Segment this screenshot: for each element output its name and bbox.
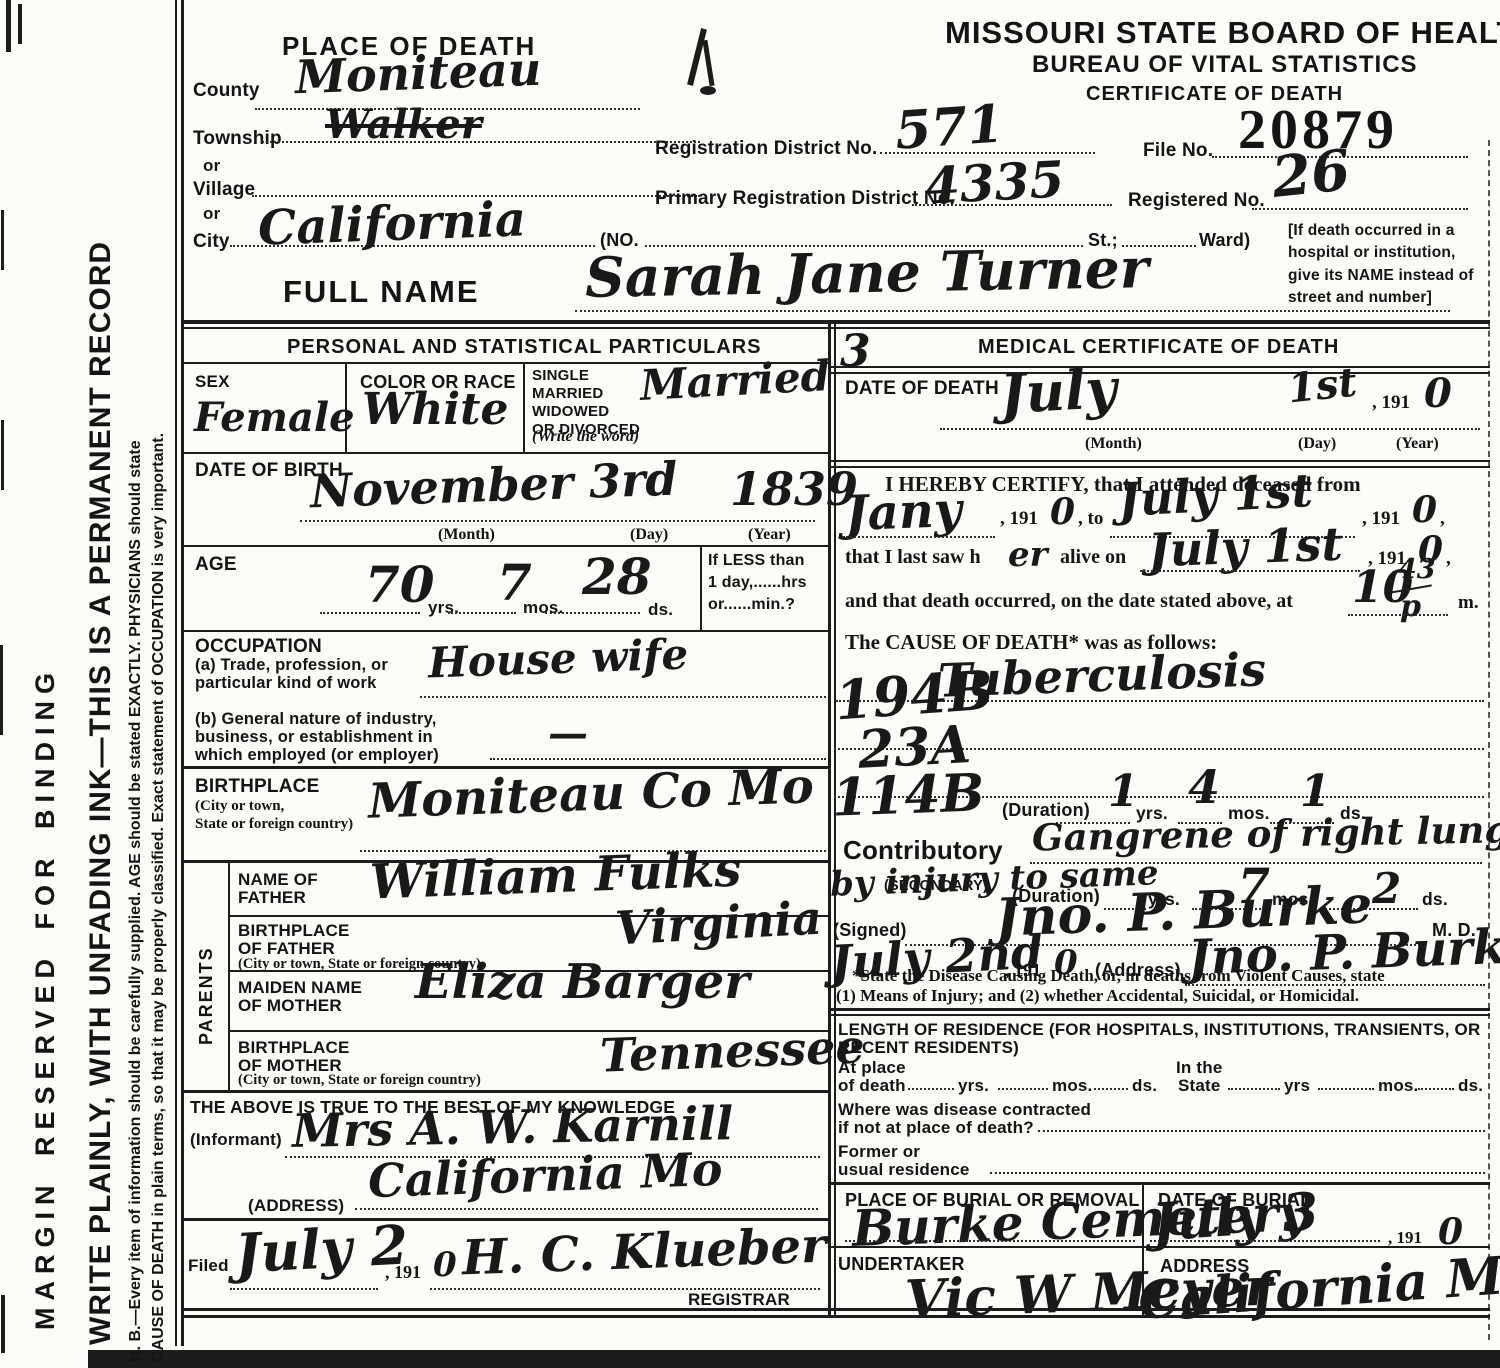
age-years-value: 70 xyxy=(365,560,435,610)
city-value: California xyxy=(257,195,526,252)
marital-hint: (Write the word) xyxy=(532,428,639,446)
cell-divider xyxy=(700,545,702,630)
contributory-value-line1: Gangrene of right lung caused xyxy=(1032,808,1500,856)
age-line xyxy=(545,612,640,614)
in-state-label: State xyxy=(1178,1076,1221,1095)
year-caption: (Year) xyxy=(748,526,791,544)
date-of-death-year-print: , 191 xyxy=(1372,392,1410,414)
attended-to-value: July 1st xyxy=(1117,467,1314,523)
form-left-border xyxy=(181,0,184,1346)
duration2-days: 2 xyxy=(1372,868,1401,910)
informant-address-label: (ADDRESS) xyxy=(248,1196,344,1215)
scan-artifact xyxy=(1,1295,5,1353)
parents-label: PARENTS xyxy=(196,915,217,1045)
dob-line xyxy=(300,520,815,522)
date-of-death-line xyxy=(940,428,1480,430)
township-value-struck: Walker xyxy=(325,105,482,145)
ifless-text: or......min.? xyxy=(708,596,795,614)
divider xyxy=(183,545,828,547)
filed-label: Filed xyxy=(188,1256,229,1275)
burial-date-line xyxy=(1150,1240,1380,1242)
year-caption: (Year) xyxy=(1396,435,1439,453)
mos-caption: mos. xyxy=(523,598,563,617)
filed-year-digit: 0 xyxy=(433,1248,457,1282)
divider xyxy=(828,1008,1490,1011)
burial-year-digit: 0 xyxy=(1438,1214,1463,1250)
last-saw-pronoun: er xyxy=(1008,538,1048,572)
registered-no-label: Registered No. xyxy=(1128,190,1265,211)
duration1-months: 4 xyxy=(1188,764,1220,810)
divider xyxy=(183,320,1490,324)
mother-name-label: MAIDEN NAME xyxy=(238,978,362,997)
filed-year-print: , 191 xyxy=(385,1262,421,1283)
divider xyxy=(828,466,1490,468)
primary-registration-label: Primary Registration District No. xyxy=(655,188,955,209)
birthplace-hint: State or foreign country) xyxy=(195,816,353,833)
scan-bottom-bar xyxy=(88,1350,1500,1368)
death-time-line xyxy=(1348,614,1448,616)
disease-contracted-label: if not at place of death? xyxy=(838,1118,1034,1137)
registration-district-label: Registration District No. xyxy=(655,138,877,159)
age-days-value: 28 xyxy=(582,552,652,602)
month-caption: (Month) xyxy=(438,526,495,544)
residence-blank xyxy=(998,1088,1048,1090)
attended-from-line xyxy=(843,536,995,538)
former-residence-label: usual residence xyxy=(838,1160,970,1179)
village-label: Village xyxy=(193,179,255,200)
medical-title: MEDICAL CERTIFICATE OF DEATH xyxy=(978,336,1339,358)
form-bottom-border xyxy=(183,1315,1490,1318)
residence-blank xyxy=(908,1088,954,1090)
date-of-death-year-digit: 0 xyxy=(1424,374,1452,414)
former-residence-line xyxy=(990,1172,1485,1174)
full-name-value: Sarah Jane Turner xyxy=(585,240,1150,305)
birthplace-hint: (City or town, xyxy=(195,798,284,815)
mother-name-label: OF MOTHER xyxy=(238,996,342,1015)
last-saw-line xyxy=(1140,570,1360,572)
marital-label: MARRIED xyxy=(532,386,603,403)
divider xyxy=(828,366,1490,368)
margin-write-plainly-text: WRITE PLAINLY, WITH UNFADING INK—THIS IS… xyxy=(84,55,118,1345)
occupation-b-label: which employed (or employer) xyxy=(195,746,439,764)
city-label: City xyxy=(193,231,230,252)
age-line xyxy=(320,612,420,614)
occupation-b-label: business, or establishment in xyxy=(195,728,433,746)
form-bottom-border xyxy=(183,1308,1490,1311)
mother-birthplace-value: Tennessee xyxy=(599,1023,865,1078)
ifless-text: 1 day,......hrs xyxy=(708,574,807,592)
occupation-b-value: — xyxy=(548,714,588,754)
marital-value: Married xyxy=(639,355,831,407)
day-caption: (Day) xyxy=(630,526,668,544)
cause-code-3: 114B xyxy=(831,767,985,824)
township-label: Township xyxy=(193,128,282,149)
ifless-text: If LESS than xyxy=(708,552,805,570)
date-of-death-month: July xyxy=(999,361,1118,421)
hospital-note: [If death occurred in a hospital or inst… xyxy=(1288,220,1486,310)
birthplace-value: Moniteau Co Mo xyxy=(367,762,814,826)
dob-month-day-value: November 3rd xyxy=(309,456,678,515)
margin-nb-line1: N. B.—Every item of information should b… xyxy=(127,62,145,1362)
ds-caption: ds. xyxy=(1458,1076,1483,1095)
ward-label: Ward) xyxy=(1199,230,1250,250)
disease-contracted-line xyxy=(1038,1130,1485,1132)
duration1-days: 1 xyxy=(1300,770,1331,814)
registered-no-value: 26 xyxy=(1269,142,1352,206)
parents-divider xyxy=(228,863,230,1090)
month-caption: (Month) xyxy=(1085,435,1142,453)
comma: , xyxy=(1440,508,1445,530)
mother-birthplace-hint: (City or town, State or foreign country) xyxy=(238,1072,481,1089)
county-label: County xyxy=(193,80,260,101)
full-name-line xyxy=(575,310,1450,312)
residence-title: RECENT RESIDENTS) xyxy=(838,1038,1019,1057)
occupation-a-label: particular kind of work xyxy=(195,674,377,692)
or-label: or xyxy=(203,204,220,223)
divider xyxy=(828,1014,1490,1016)
age-label: AGE xyxy=(195,554,237,575)
divider xyxy=(183,1090,828,1093)
informant-address-value: California Mo xyxy=(367,1146,723,1204)
registrar-label: REGISTRAR xyxy=(688,1290,790,1309)
father-name-label: FATHER xyxy=(238,888,306,907)
attended-from-value: Jany xyxy=(844,486,962,538)
occupation-b-label: (b) General nature of industry, xyxy=(195,710,437,728)
scan-artifact xyxy=(18,4,22,44)
ds-caption: ds. xyxy=(648,600,673,619)
marital-label: WIDOWED xyxy=(532,404,609,421)
bureau-title: BUREAU OF VITAL STATISTICS xyxy=(1032,52,1418,79)
divider xyxy=(828,1182,1490,1185)
day-caption: (Day) xyxy=(1298,435,1336,453)
divider xyxy=(828,460,1490,462)
registrar-signature: H. C. Klueber xyxy=(461,1222,827,1283)
primary-registration-value: 4335 xyxy=(924,154,1066,211)
mos-caption: mos. xyxy=(1378,1076,1418,1095)
scan-artifact xyxy=(0,645,3,735)
occupation-a-line xyxy=(420,696,826,698)
attended-from-year-digit: 0 xyxy=(1050,494,1075,530)
county-value: Moniteau xyxy=(294,46,542,101)
death-time-minutes: 43 xyxy=(1398,556,1436,583)
at-place-label: At place xyxy=(838,1058,906,1077)
mother-birthplace-label: BIRTHPLACE xyxy=(238,1038,350,1057)
file-no-label: File No. xyxy=(1143,140,1213,161)
comma: , xyxy=(1446,548,1451,570)
father-birthplace-value: Virginia xyxy=(614,895,823,952)
personal-title: PERSONAL AND STATISTICAL PARTICULARS xyxy=(287,336,762,358)
occupation-a-value: House wife xyxy=(427,633,688,684)
ink-smudge xyxy=(700,86,716,95)
ds-caption: ds. xyxy=(1422,890,1448,910)
burial-year-print: , 191 xyxy=(1388,1228,1422,1248)
age-line xyxy=(448,612,516,614)
footnote-text: *State the Disease Causing Death, or, in… xyxy=(852,966,1385,986)
yrs-caption: yrs. xyxy=(958,1076,989,1095)
father-birthplace-label: BIRTHPLACE xyxy=(238,921,350,940)
scan-artifact xyxy=(6,0,11,52)
occupation-a-label: (a) Trade, profession, or xyxy=(195,656,388,674)
in-state-label: In the xyxy=(1176,1058,1223,1077)
cell-divider xyxy=(523,362,525,452)
former-residence-label: Former or xyxy=(838,1142,920,1161)
race-value: White xyxy=(362,388,508,432)
residence-title: LENGTH OF RESIDENCE (FOR HOSPITALS, INST… xyxy=(838,1020,1480,1039)
yrs-caption: yrs xyxy=(1284,1076,1310,1095)
residence-blank xyxy=(1094,1088,1128,1090)
margin-binding-text: MARGIN RESERVED FOR BINDING xyxy=(30,430,61,1330)
ds-caption: ds. xyxy=(1132,1076,1157,1095)
scan-artifact xyxy=(1,210,4,270)
sex-label: SEX xyxy=(195,372,230,391)
mos-caption: mos. xyxy=(1052,1076,1092,1095)
margin-nb-line2: CAUSE OF DEATH in plain terms, so that i… xyxy=(150,62,168,1362)
m-label: m. xyxy=(1458,592,1479,614)
marital-label: SINGLE xyxy=(532,368,589,385)
dob-year-value: 1839 xyxy=(730,466,858,512)
date-of-death-day: 1st xyxy=(1286,363,1359,410)
duration1-years: 1 xyxy=(1108,770,1139,814)
board-title: MISSOURI STATE BOARD OF HEALTH xyxy=(945,16,1500,51)
scan-artifact xyxy=(1,420,4,490)
full-name-label: FULL NAME xyxy=(283,275,480,310)
last-saw-text: that I last saw h xyxy=(845,546,981,569)
form-left-border xyxy=(175,0,177,1346)
year-print: , 191 xyxy=(1000,508,1038,530)
last-saw-date-value: July 1st xyxy=(1147,521,1343,574)
divider xyxy=(183,452,828,454)
divider xyxy=(183,630,828,632)
sex-value: Female xyxy=(194,398,355,438)
footnote-text: (1) Means of Injury; and (2) whether Acc… xyxy=(836,986,1359,1006)
birthplace-label: BIRTHPLACE xyxy=(195,776,319,797)
ink-smudge xyxy=(702,40,714,86)
alive-on-text: alive on xyxy=(1060,546,1126,569)
informant-address-line xyxy=(355,1208,818,1210)
mother-name-value: Eliza Barger xyxy=(415,958,749,1006)
residence-blank xyxy=(1318,1088,1374,1090)
death-time-meridiem: p xyxy=(1400,592,1421,622)
residence-blank xyxy=(1418,1088,1454,1090)
death-occurred-text: and that death occurred, on the date sta… xyxy=(845,590,1293,613)
yrs-caption: yrs. xyxy=(428,598,459,617)
divider xyxy=(828,372,1490,374)
disease-contracted-label: Where was disease contracted xyxy=(838,1100,1091,1119)
attended-to-year-digit: 0 xyxy=(1412,492,1437,528)
death-certificate-scan: MARGIN RESERVED FOR BINDING WRITE PLAINL… xyxy=(0,0,1500,1368)
father-name-label: NAME OF xyxy=(238,870,318,889)
filed-line xyxy=(230,1288,378,1290)
or-label: or xyxy=(203,156,220,175)
year-print: , 191 xyxy=(1362,508,1400,530)
divider xyxy=(183,327,1490,329)
burial-place-line xyxy=(845,1240,1135,1242)
to-label: , to xyxy=(1078,508,1103,530)
residence-blank xyxy=(1228,1088,1280,1090)
registration-district-value: 571 xyxy=(893,98,1005,157)
divider xyxy=(828,1246,1490,1248)
occupation-label: OCCUPATION xyxy=(195,636,322,657)
informant-label: (Informant) xyxy=(190,1130,282,1149)
date-of-death-label: DATE OF DEATH xyxy=(845,378,999,399)
at-place-label: of death xyxy=(838,1076,906,1095)
ink-smudge xyxy=(687,28,707,86)
filed-date-value: July 2 xyxy=(234,1218,410,1281)
